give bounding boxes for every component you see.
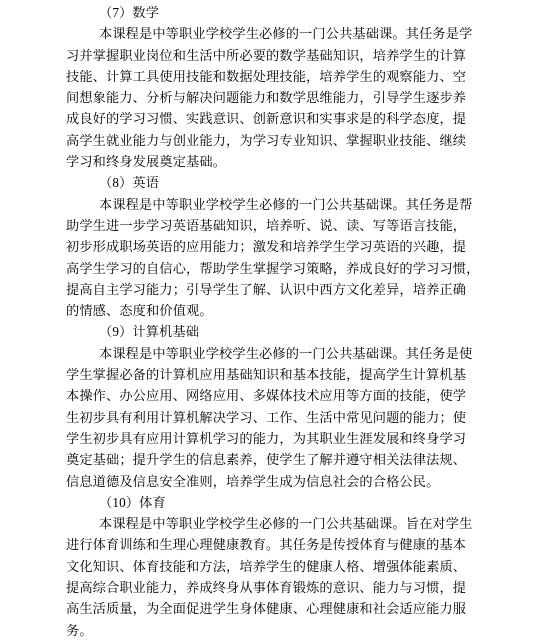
section-10-body-line: 文化知识、体育技能和方法，培养学生的健康人格、增强体能素质、 xyxy=(66,556,537,577)
section-9-body-line: 本课程是中等职业学校学生必修的一门公共基础课。其任务是使 xyxy=(66,343,537,364)
section-9-body-line: 奠定基础；提升学生的信息素养，使学生了解并遵守相关法律法规、 xyxy=(66,449,537,470)
section-7-body-line: 间想象能力、分析与解决问题能力和数学思维能力，引导学生逐步养 xyxy=(66,87,537,108)
section-7-body-line: 习并掌握职业岗位和生活中所必要的数学基础知识，培养学生的计算 xyxy=(66,45,537,66)
section-7-body-line: 本课程是中等职业学校学生必修的一门公共基础课。其任务是学 xyxy=(66,23,537,44)
section-10-body-line: 高生活质量，为全面促进学生身体健康、心理健康和社会适应能力服 xyxy=(66,598,537,619)
section-9-heading: （9）计算机基础 xyxy=(66,321,537,342)
section-8-body-line: 的情感、态度和价值观。 xyxy=(66,300,537,321)
section-10-body-line: 提高综合职业能力，养成终身从事体育锻炼的意识、能力与习惯，提 xyxy=(66,577,537,598)
section-8-body-line: 本课程是中等职业学校学生必修的一门公共基础课。其任务是帮 xyxy=(66,194,537,215)
section-9-body-line: 学生初步具有应用计算机学习的能力，为其职业生涯发展和终身学习 xyxy=(66,428,537,449)
section-8-body-line: 助学生进一步学习英语基础知识，培养听、说、读、写等语言技能， xyxy=(66,215,537,236)
section-10-body-line: 本课程是中等职业学校学生必修的一门公共基础课。旨在对学生 xyxy=(66,513,537,534)
section-9-body-line: 学生掌握必备的计算机应用基础知识和基本技能，提高学生计算机基 xyxy=(66,364,537,385)
document-page: （7）数学本课程是中等职业学校学生必修的一门公共基础课。其任务是学习并掌握职业岗… xyxy=(0,0,537,642)
section-7-body-line: 学习和终身发展奠定基础。 xyxy=(66,151,537,172)
section-7-body-line: 高学生就业能力与创业能力，为学习专业知识、掌握职业技能、继续 xyxy=(66,130,537,151)
section-7-body-line: 成良好的学习习惯、实践意识、创新意识和实事求是的科学态度，提 xyxy=(66,108,537,129)
section-10-body-line: 进行体育训练和生理心理健康教育。其任务是传授体育与健康的基本 xyxy=(66,534,537,555)
section-8-body-line: 提高自主学习能力；引导学生了解、认识中西方文化差异，培养正确 xyxy=(66,279,537,300)
section-8-heading: （8）英语 xyxy=(66,172,537,193)
section-8-body-line: 高学生学习的自信心，帮助学生掌握学习策略，养成良好的学习习惯， xyxy=(66,258,537,279)
section-9-body-line: 本操作、办公应用、网络应用、多媒体技术应用等方面的技能，使学 xyxy=(66,385,537,406)
section-9-body-line: 生初步具有利用计算机解决学习、工作、生活中常见问题的能力；使 xyxy=(66,407,537,428)
section-10-body-line: 务。 xyxy=(66,620,537,641)
section-9-body-line: 信息道德及信息安全准则，培养学生成为信息社会的合格公民。 xyxy=(66,471,537,492)
section-7-body-line: 技能、计算工具使用技能和数据处理技能，培养学生的观察能力、空 xyxy=(66,66,537,87)
section-10-heading: （10）体育 xyxy=(66,492,537,513)
section-8-body-line: 初步形成职场英语的应用能力；激发和培养学生学习英语的兴趣，提 xyxy=(66,236,537,257)
section-7-heading: （7）数学 xyxy=(66,2,537,23)
